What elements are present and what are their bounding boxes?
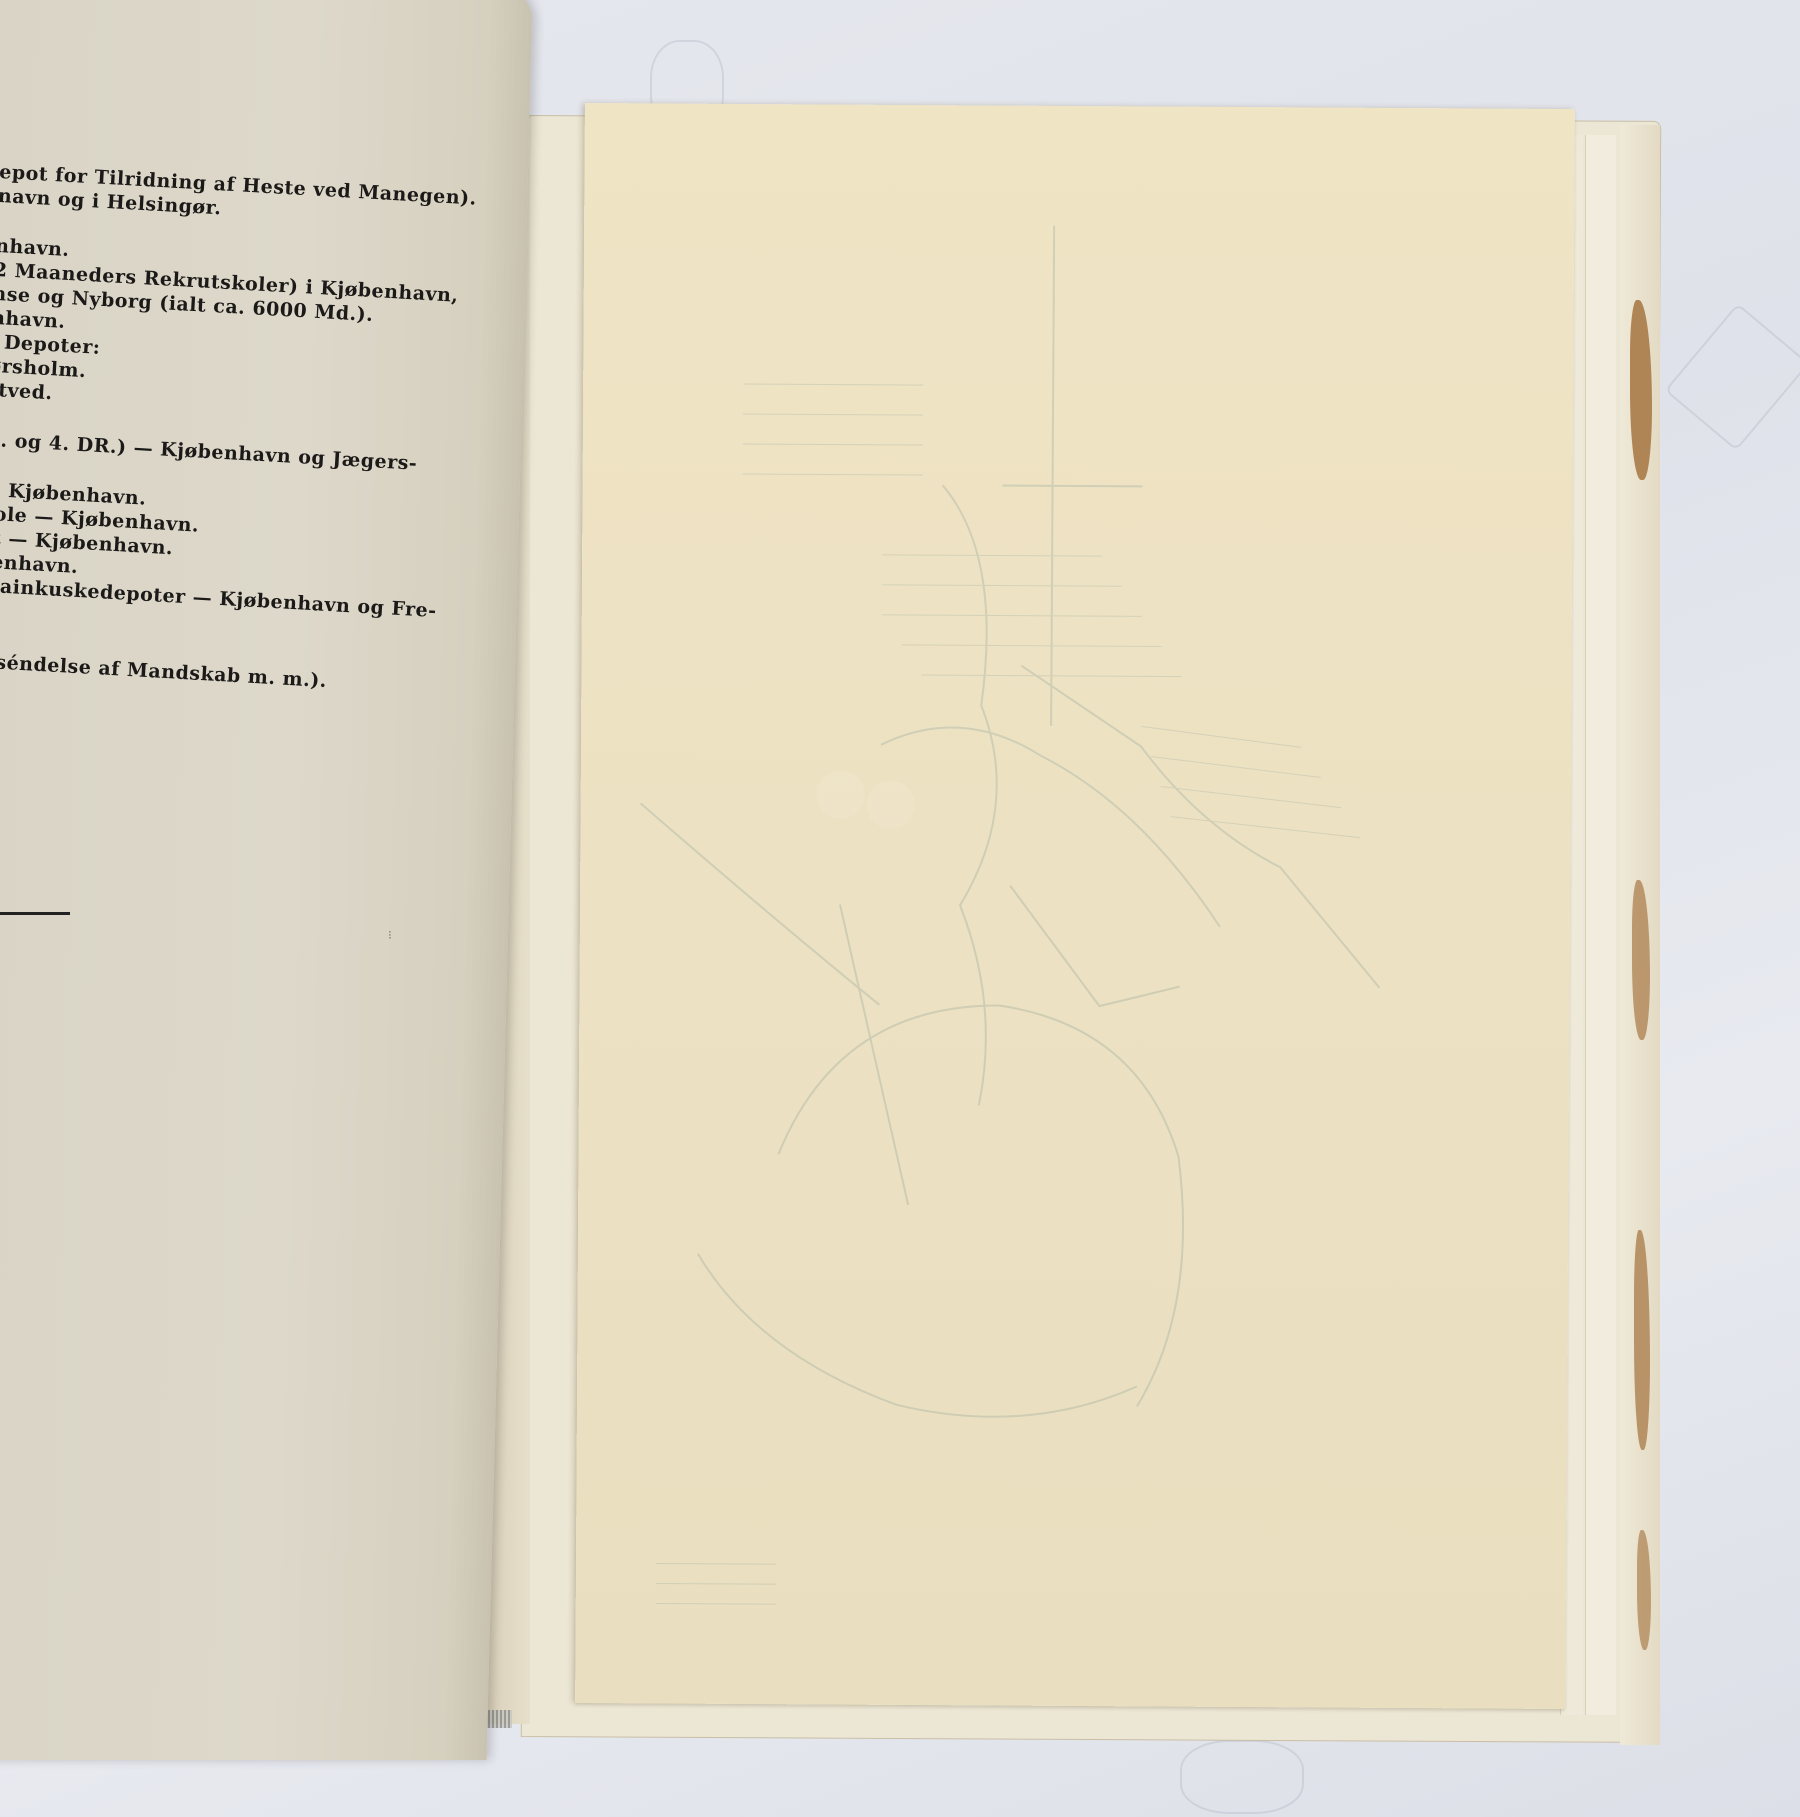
surface-stain [1664,303,1800,451]
left-page-text: epot for Tilridning af Heste ved Manegen… [0,160,469,699]
surface-stain [1180,1740,1304,1814]
endpaper-strip [1585,135,1616,1715]
section-divider-rule [0,912,70,915]
map-show-through [575,103,1575,1709]
right-page [575,103,1575,1709]
pencil-mark: ⁝ [388,928,392,942]
